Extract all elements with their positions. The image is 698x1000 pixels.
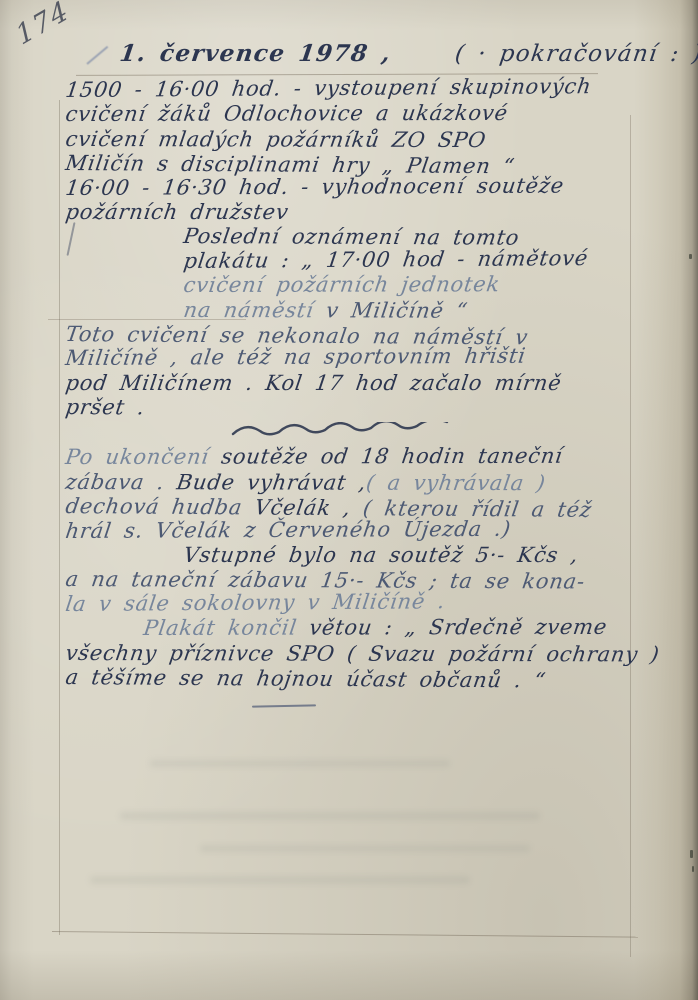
ink-speck bbox=[690, 850, 693, 858]
text-segment: hrál s. Včelák z Červeného Újezda .) bbox=[64, 516, 513, 542]
text-segment: cvičení žáků Odlochovice a ukázkové bbox=[64, 101, 510, 126]
ink-speck bbox=[692, 866, 694, 872]
text-segment: Bude vyhrávat , bbox=[175, 470, 368, 494]
ink-speck bbox=[689, 254, 692, 259]
text-segment: soutěže od 18 hodin taneční bbox=[220, 444, 565, 469]
handwritten-line: 16·00 - 16·30 hod. - vyhodnocení soutěže bbox=[64, 173, 646, 200]
bleedthrough-smudge bbox=[120, 812, 540, 820]
handwritten-line: la v sále sokolovny v Miličíně . bbox=[64, 588, 646, 617]
handwritten-line: Vstupné bylo na soutěž 5·- Kčs , bbox=[182, 543, 645, 567]
chronicle-page: 174 1. července 1978 ,( · pokračování : … bbox=[0, 0, 698, 1000]
handwritten-line: požárních družstev bbox=[64, 200, 645, 224]
text-segment: 16·00 - 16·30 hod. - vyhodnocení soutěže bbox=[64, 173, 566, 199]
manuscript-body: 1500 - 16·00 hod. - vystoupení skupinový… bbox=[64, 78, 642, 707]
wavy-divider bbox=[229, 422, 642, 444]
handwritten-line: cvičení mladých požárníků ZO SPO bbox=[64, 127, 645, 153]
handwritten-line: cvičení požárních jednotek bbox=[182, 272, 646, 298]
handwritten-line: pršet . bbox=[64, 395, 645, 422]
handwritten-line: cvičení žáků Odlochovice a ukázkové bbox=[64, 101, 646, 127]
text-segment: pod Miličínem . Kol 17 hod začalo mírně bbox=[64, 371, 563, 395]
text-segment: zábava . bbox=[64, 470, 179, 494]
text-segment: la v sále sokolovny v Miličíně . bbox=[64, 589, 447, 616]
handwritten-line: 1500 - 16·00 hod. - vystoupení skupinový… bbox=[64, 74, 646, 103]
handwritten-line: Plakát končil větou : „ Srdečně zveme bbox=[142, 615, 646, 641]
left-margin-rule bbox=[59, 100, 60, 935]
handwritten-line: pod Miličínem . Kol 17 hod začalo mírně bbox=[64, 371, 645, 395]
handwritten-line: Po ukončení soutěže od 18 hodin taneční bbox=[64, 444, 646, 470]
bleedthrough-smudge bbox=[200, 845, 530, 852]
text-segment: v Miličíně “ bbox=[325, 298, 470, 322]
text-segment: Po ukončení bbox=[64, 445, 223, 469]
entry-date: 1. července 1978 , bbox=[118, 40, 393, 67]
handwritten-line: hrál s. Včelák z Červeného Újezda .) bbox=[64, 516, 646, 543]
text-segment: Vstupné bylo na soutěž 5·- Kčs , bbox=[182, 543, 580, 567]
text-segment: Plakát končil bbox=[142, 616, 311, 640]
handwritten-line: plakátu : „ 17·00 hod - námětové bbox=[182, 245, 646, 273]
entry-heading: 1. července 1978 ,( · pokračování : ) bbox=[118, 40, 646, 67]
wavy-line-icon bbox=[229, 422, 457, 440]
bottom-margin-rule bbox=[52, 931, 638, 938]
text-segment: plakátu : „ 17·00 hod - námětové bbox=[182, 246, 590, 273]
text-segment: 1500 - 16·00 hod. - vystoupení skupinový… bbox=[64, 74, 593, 102]
bleedthrough-smudge bbox=[150, 760, 450, 767]
manuscript: 1. července 1978 ,( · pokračování : ) 15… bbox=[64, 40, 642, 707]
text-segment: všechny příznivce SPO ( Svazu požární oc… bbox=[64, 641, 661, 666]
entry-continuation: ( · pokračování : ) bbox=[453, 41, 698, 67]
handwritten-line: všechny příznivce SPO ( Svazu požární oc… bbox=[64, 641, 645, 667]
handwritten-line: Miličíně , ale též na sportovním hřišti bbox=[64, 343, 646, 370]
text-segment: cvičení požárních jednotek bbox=[182, 272, 502, 297]
handwritten-line: na náměstí v Miličíně “ bbox=[182, 298, 645, 324]
text-segment: větou : „ Srdečně zveme bbox=[308, 615, 609, 640]
text-segment: požárních družstev bbox=[64, 200, 290, 224]
text-segment: cvičení mladých požárníků ZO SPO bbox=[64, 127, 488, 152]
handwritten-line: a těšíme se na hojnou účast občanů . “ bbox=[64, 665, 645, 694]
text-segment: a těšíme se na hojnou účast občanů . “ bbox=[64, 665, 548, 693]
text-segment: ( a vyhrávala ) bbox=[365, 471, 548, 495]
text-segment: dechová hudba bbox=[64, 494, 257, 519]
end-dash bbox=[252, 705, 316, 708]
text-segment: Miličíně , ale též na sportovním hřišti bbox=[64, 344, 527, 370]
text-segment: na náměstí bbox=[182, 298, 328, 322]
handwritten-line: zábava . Bude vyhrávat ,( a vyhrávala ) bbox=[64, 470, 645, 496]
bleedthrough-smudge bbox=[90, 876, 470, 884]
text-segment: pršet . bbox=[64, 395, 147, 419]
